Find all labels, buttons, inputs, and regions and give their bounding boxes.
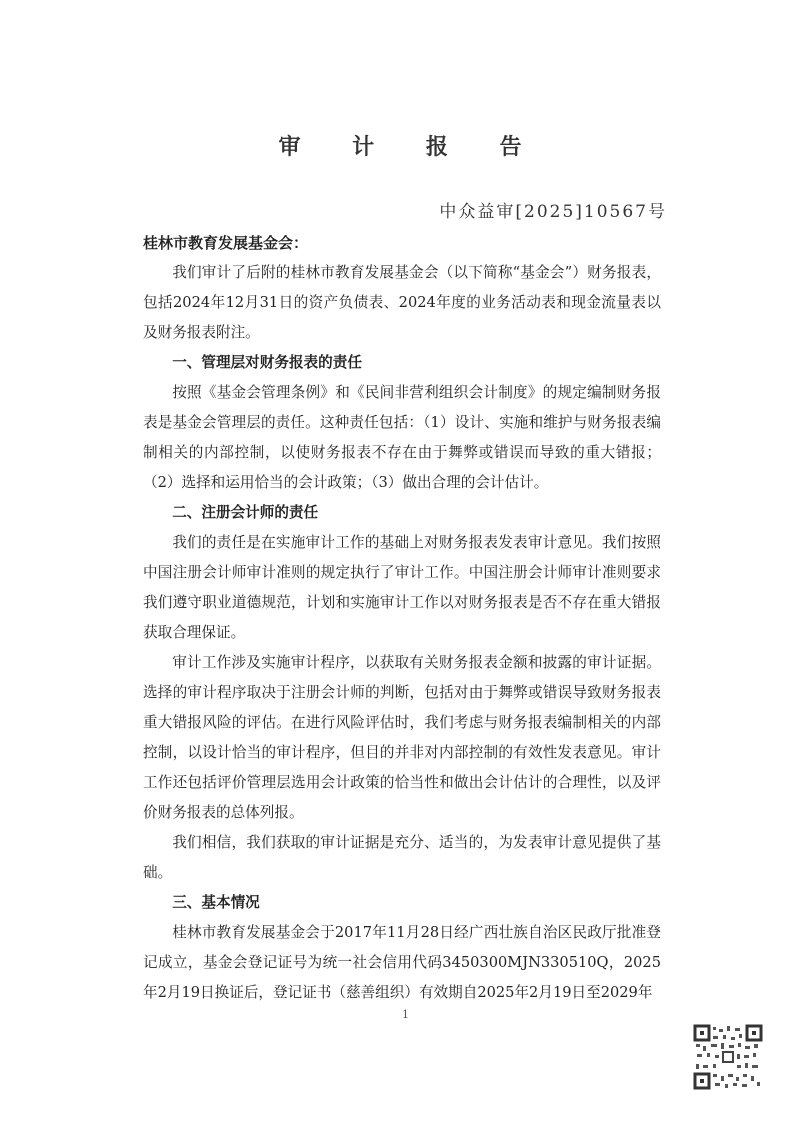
section-2-paragraph-3: 我们相信，我们获取的审计证据是充分、适当的，为发表审计意见提供了基础。	[143, 828, 661, 888]
section-heading-3: 三、基本情况	[143, 888, 661, 918]
section-2-paragraph-2: 审计工作涉及实施审计程序，以获取有关财务报表金额和披露的审计证据。选择的审计程序…	[143, 648, 661, 828]
document-number: 中众益审[2025]10567号	[439, 197, 667, 222]
section-3-paragraph-1: 桂林市教育发展基金会于2017年11月28日经广西壮族自治区民政厅批准登记成立，…	[143, 918, 661, 1008]
qr-code-icon	[693, 1024, 763, 1090]
document-body: 我们审计了后附的桂林市教育发展基金会（以下简称“基金会”）财务报表，包括2024…	[143, 258, 661, 1008]
intro-paragraph: 我们审计了后附的桂林市教育发展基金会（以下简称“基金会”）财务报表，包括2024…	[143, 258, 661, 348]
section-heading-1: 一、管理层对财务报表的责任	[143, 348, 661, 378]
section-2-paragraph-1: 我们的责任是在实施审计工作的基础上对财务报表发表审计意见。我们按照中国注册会计师…	[143, 528, 661, 648]
page-number: 1	[402, 1008, 409, 1021]
document-title: 审 计 报 告	[0, 130, 800, 161]
section-heading-2: 二、注册会计师的责任	[143, 498, 661, 528]
section-1-paragraph-1: 按照《基金会管理条例》和《民间非营利组织会计制度》的规定编制财务报表是基金会管理…	[143, 378, 661, 498]
addressee: 桂林市教育发展基金会：	[143, 232, 308, 253]
